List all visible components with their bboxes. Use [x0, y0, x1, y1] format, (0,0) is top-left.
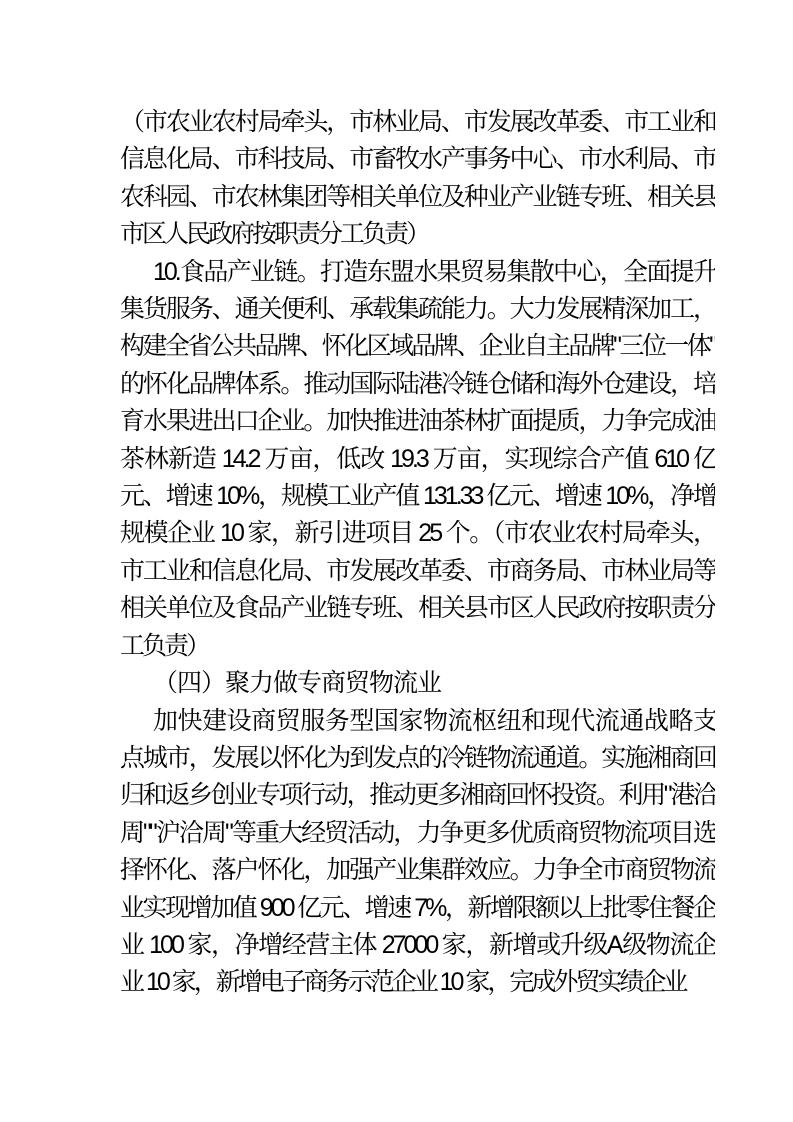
text-line: 点城市，发展以怀化为到发点的冷链物流通道。实施湘商回 [120, 740, 715, 777]
text-line: 元、增速 10%，规模工业产值 131.33 亿元、增速 10%，净增 [120, 478, 715, 515]
text-line: 业实现增加值 900 亿元、增速 7%，新增限额以上批零住餐企 [120, 890, 715, 927]
text-line: （市农业农村局牵头，市林业局、市发展改革委、市工业和 [120, 104, 715, 141]
text-line: 茶林新造 14.2 万亩，低改 19.3 万亩，实现综合产值 610 亿 [120, 441, 715, 478]
text-line: 市区人民政府按职责分工负责） [120, 216, 715, 253]
paragraph: 加快建设商贸服务型国家物流枢纽和现代流通战略支点城市，发展以怀化为到发点的冷链物… [120, 703, 715, 1002]
text-line: 育水果进出口企业。加快推进油茶林扩面提质，力争完成油 [120, 403, 715, 440]
text-line: 工负责） [120, 628, 715, 665]
text-line: 业 10 家，新增电子商务示范企业 10 家，完成外贸实绩企业 [120, 964, 715, 1001]
heading-line: （四）聚力做专商贸物流业 [120, 665, 715, 702]
text-line: 10.食品产业链。打造东盟水果贸易集散中心，全面提升 [120, 254, 715, 291]
text-line: 业 100 家，净增经营主体 27000 家，新增或升级A级物流企 [120, 927, 715, 964]
text-line: 的怀化品牌体系。推动国际陆港冷链仓储和海外仓建设，培 [120, 366, 715, 403]
paragraph: （市农业农村局牵头，市林业局、市发展改革委、市工业和信息化局、市科技局、市畜牧水… [120, 104, 715, 254]
text-line: 信息化局、市科技局、市畜牧水产事务中心、市水利局、市 [120, 141, 715, 178]
document-body: （市农业农村局牵头，市林业局、市发展改革委、市工业和信息化局、市科技局、市畜牧水… [120, 104, 715, 1002]
text-line: 农科园、市农林集团等相关单位及种业产业链专班、相关县 [120, 179, 715, 216]
paragraph: 10.食品产业链。打造东盟水果贸易集散中心，全面提升集货服务、通关便利、承载集疏… [120, 254, 715, 665]
document-page: （市农业农村局牵头，市林业局、市发展改革委、市工业和信息化局、市科技局、市畜牧水… [0, 0, 793, 1122]
text-line: 构建全省公共品牌、怀化区域品牌、企业自主品牌"三位一体" [120, 328, 715, 365]
text-line: 周""沪洽周"等重大经贸活动，力争更多优质商贸物流项目选 [120, 815, 715, 852]
text-line: 归和返乡创业专项行动，推动更多湘商回怀投资。利用"港洽 [120, 777, 715, 814]
text-line: 市工业和信息化局、市发展改革委、市商务局、市林业局等 [120, 553, 715, 590]
section-heading: （四）聚力做专商贸物流业 [120, 665, 715, 702]
text-line: 规模企业 10 家，新引进项目 25 个。（市农业农村局牵头， [120, 515, 715, 552]
text-line: 择怀化、落户怀化，加强产业集群效应。力争全市商贸物流 [120, 852, 715, 889]
text-line: 集货服务、通关便利、承载集疏能力。大力发展精深加工， [120, 291, 715, 328]
text-line: 加快建设商贸服务型国家物流枢纽和现代流通战略支 [120, 703, 715, 740]
text-line: 相关单位及食品产业链专班、相关县市区人民政府按职责分 [120, 590, 715, 627]
